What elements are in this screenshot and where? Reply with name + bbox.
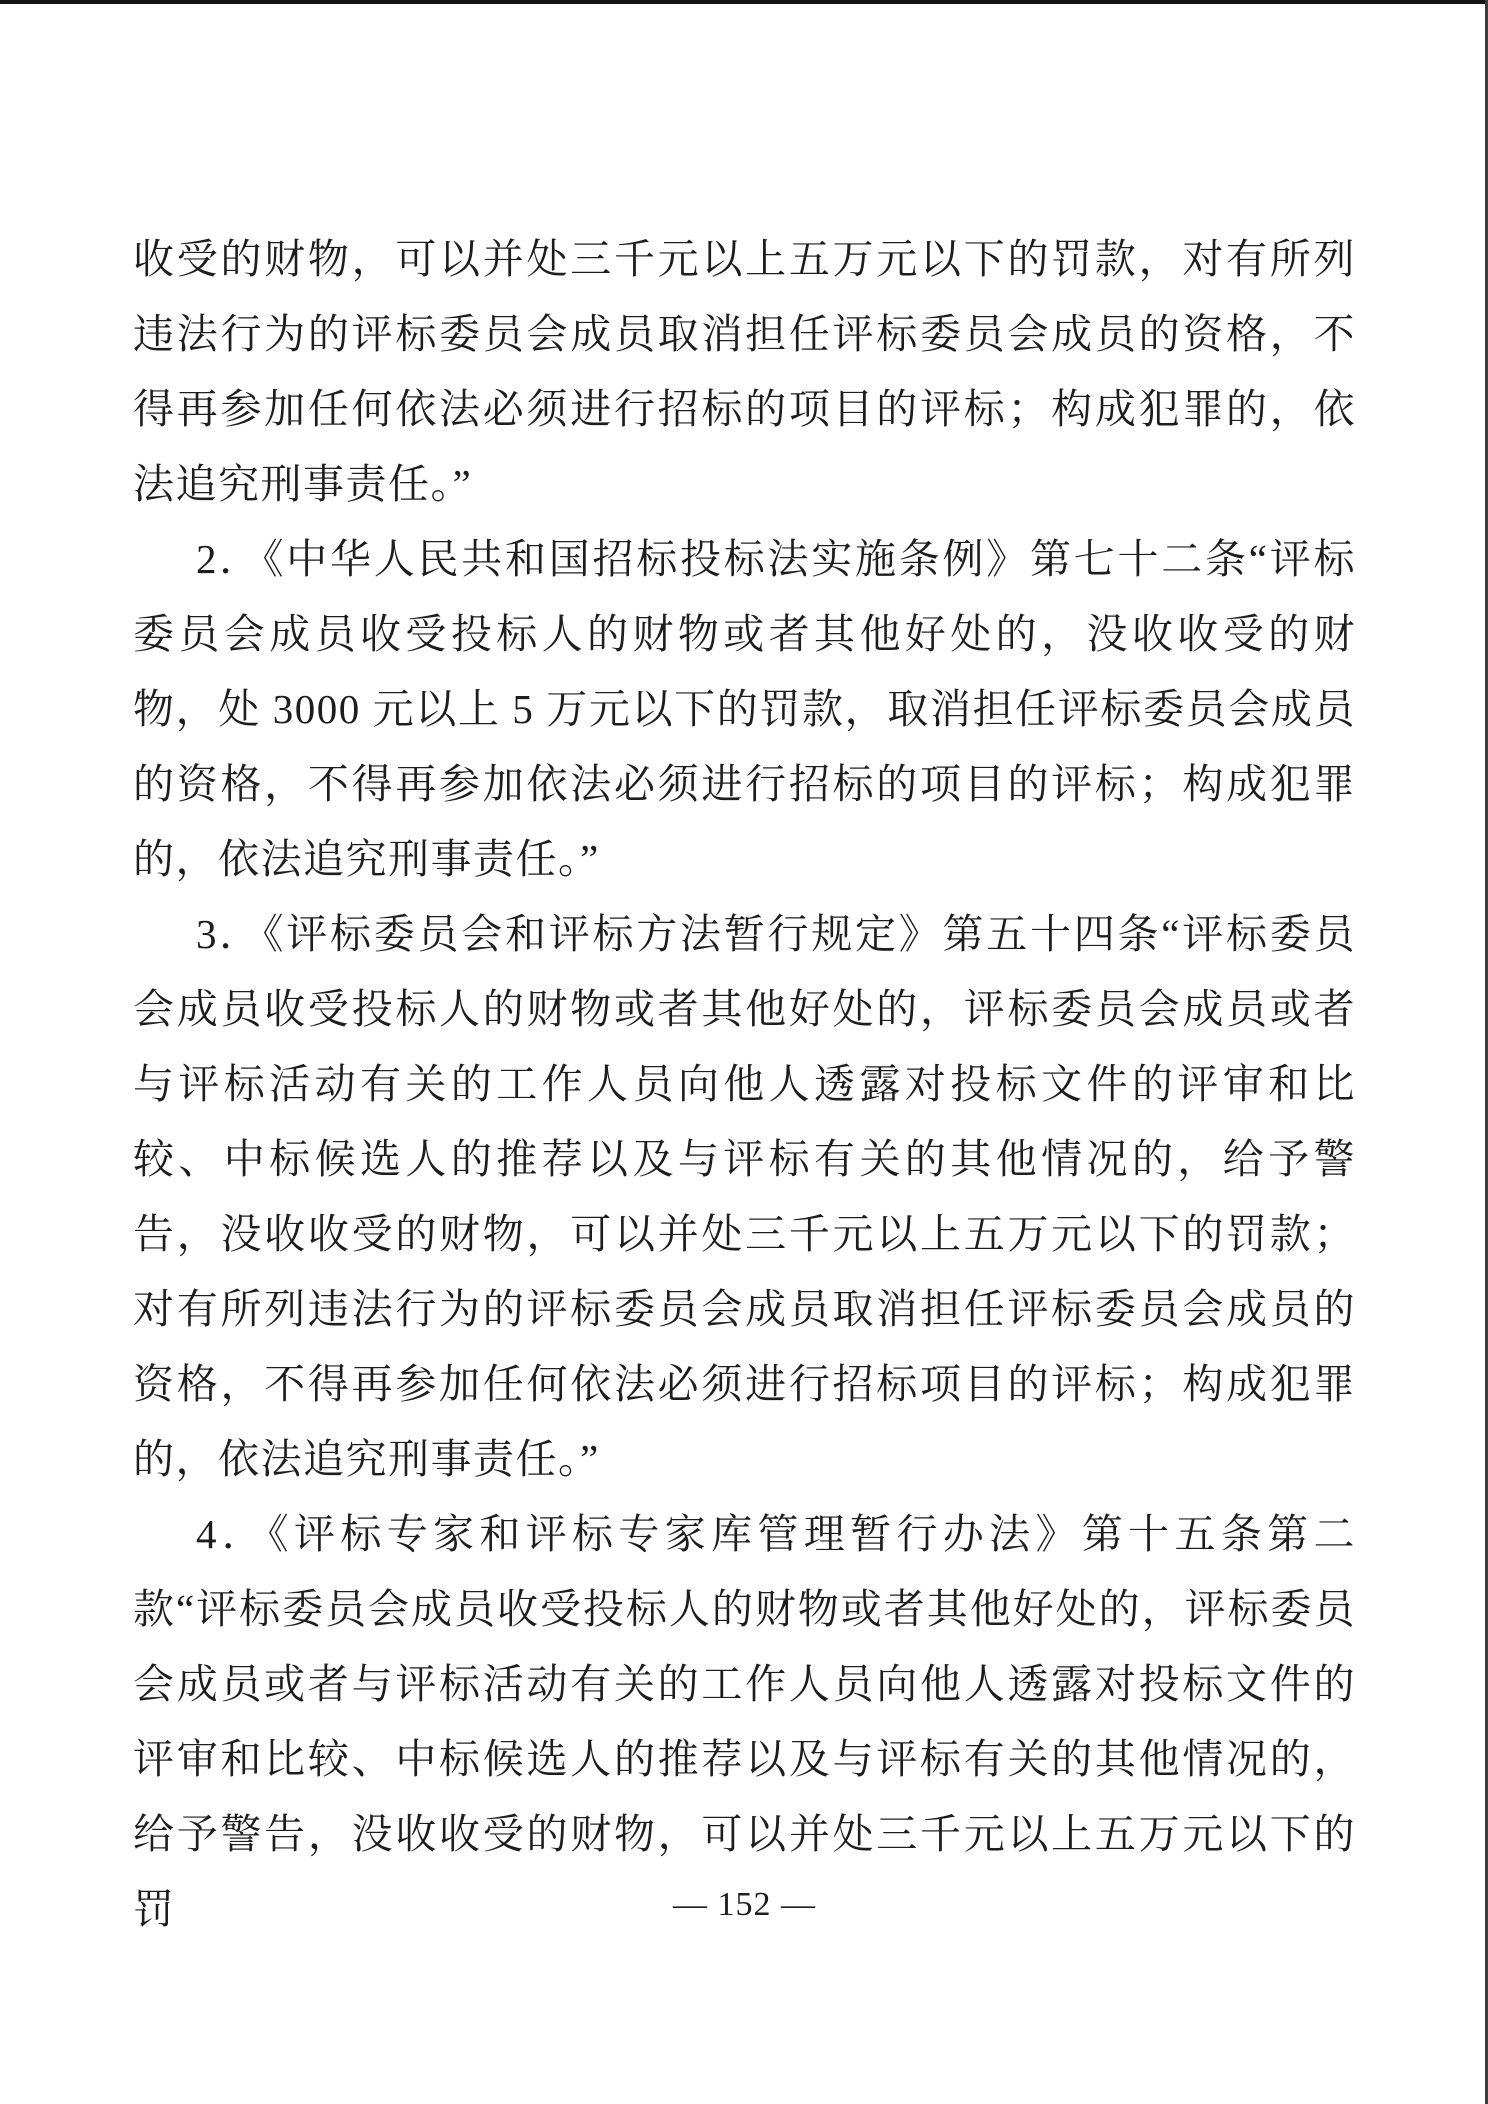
page-number: — 152 — — [133, 1880, 1356, 1930]
body-paragraph: 收受的财物，可以并处三千元以上五万元以下的罚款，对有所列违法行为的评标委员会成员… — [133, 222, 1356, 522]
document-body: 收受的财物，可以并处三千元以上五万元以下的罚款，对有所列违法行为的评标委员会成员… — [133, 222, 1356, 1947]
document-page: 收受的财物，可以并处三千元以上五万元以下的罚款，对有所列违法行为的评标委员会成员… — [0, 0, 1488, 2104]
scan-edge-top — [0, 0, 1488, 4]
body-paragraph: 3．《评标委员会和评标方法暂行规定》第五十四条“评标委员会成员收受投标人的财物或… — [133, 897, 1356, 1497]
body-paragraph: 2．《中华人民共和国招标投标法实施条例》第七十二条“评标委员会成员收受投标人的财… — [133, 522, 1356, 897]
